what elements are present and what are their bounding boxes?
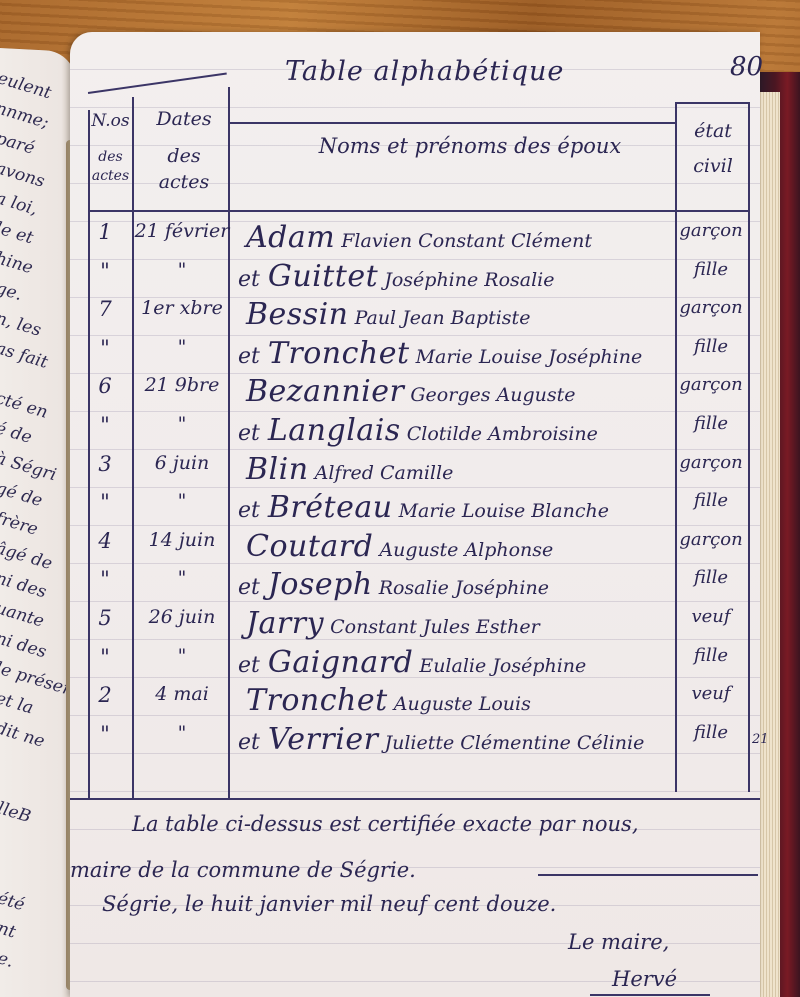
entry-date: 6 juin bbox=[132, 452, 232, 474]
header-num-line2: des actes bbox=[88, 148, 133, 187]
table-row: ""etBréteau Marie Louise Blanchefille bbox=[70, 490, 760, 527]
header-status-line1: état bbox=[678, 118, 748, 145]
entry-civil-status: fille bbox=[676, 413, 746, 434]
table-row: 24 maiTronchet Auguste Louisveuf bbox=[70, 683, 760, 720]
left-text-line: n, les bbox=[0, 308, 43, 341]
entry-date: 21 9bre bbox=[132, 374, 232, 396]
entry-name: etGuittet Joséphine Rosalie bbox=[238, 259, 678, 294]
entry-date: " bbox=[132, 259, 232, 281]
table-row: 526 juinJarry Constant Jules Estherveuf bbox=[70, 606, 760, 643]
left-text-line: e. bbox=[0, 948, 15, 972]
entry-number: 2 bbox=[90, 683, 120, 707]
entry-name: Bessin Paul Jean Baptiste bbox=[238, 297, 678, 332]
table-row: ""etVerrier Juliette Clémentine Célinief… bbox=[70, 722, 760, 759]
entry-given-names: Auguste Alphonse bbox=[379, 539, 553, 561]
entry-surname: Tronchet bbox=[268, 336, 410, 371]
entry-given-names: Marie Louise Blanche bbox=[399, 500, 609, 522]
entry-prefix: et bbox=[238, 575, 260, 600]
entry-given-names: Joséphine Rosalie bbox=[384, 269, 554, 291]
header-names: Noms et prénoms des époux bbox=[240, 132, 700, 161]
left-text-line: été bbox=[0, 888, 27, 915]
entry-given-names: Juliette Clémentine Célinie bbox=[384, 732, 644, 754]
entry-prefix: et bbox=[238, 267, 260, 292]
entry-prefix: et bbox=[238, 421, 260, 446]
entry-surname: Joseph bbox=[268, 567, 373, 602]
entry-given-names: Flavien Constant Clément bbox=[341, 230, 592, 252]
entry-surname: Gaignard bbox=[268, 645, 413, 680]
table-row: ""etLanglais Clotilde Ambroisinefille bbox=[70, 413, 760, 450]
entry-surname: Jarry bbox=[246, 606, 324, 641]
entry-given-names: Georges Auguste bbox=[410, 384, 575, 406]
entry-civil-status: fille bbox=[676, 567, 746, 588]
table-bottom-rule bbox=[70, 798, 760, 800]
entry-civil-status: veuf bbox=[676, 606, 746, 627]
left-text-line: à Ségri bbox=[0, 448, 58, 485]
left-text-line: ni des bbox=[0, 568, 48, 602]
entry-date: " bbox=[132, 336, 232, 358]
entry-civil-status: garçon bbox=[676, 529, 746, 550]
left-text-line: é de bbox=[0, 418, 34, 448]
entry-surname: Langlais bbox=[268, 413, 401, 448]
entry-given-names: Auguste Louis bbox=[394, 693, 531, 715]
left-text-line: gé de bbox=[0, 478, 44, 511]
table-row: ""etGuittet Joséphine Rosaliefille bbox=[70, 259, 760, 296]
table-row: 414 juinCoutard Auguste Alphonsegarçon bbox=[70, 529, 760, 566]
margin-note: 21 bbox=[752, 732, 769, 747]
entry-date: " bbox=[132, 722, 232, 744]
entry-surname: Guittet bbox=[268, 259, 378, 294]
left-text-line: et la bbox=[0, 688, 35, 718]
left-text-line: ni des bbox=[0, 628, 48, 662]
left-text-line: eulent bbox=[0, 68, 53, 103]
entry-date: 14 juin bbox=[132, 529, 232, 551]
left-text-line: âgé de bbox=[0, 538, 54, 574]
entry-name: etLanglais Clotilde Ambroisine bbox=[238, 413, 678, 448]
entry-civil-status: garçon bbox=[676, 297, 746, 318]
entry-date: " bbox=[132, 645, 232, 667]
entry-civil-status: fille bbox=[676, 722, 746, 743]
entry-number: " bbox=[90, 336, 120, 360]
left-text-line: as fait bbox=[0, 338, 50, 373]
entry-civil-status: garçon bbox=[676, 374, 746, 395]
entry-surname: Verrier bbox=[268, 722, 379, 757]
entry-number: 7 bbox=[90, 297, 120, 321]
header-date-line2: des actes bbox=[140, 143, 228, 196]
entry-name: Tronchet Auguste Louis bbox=[238, 683, 678, 718]
entry-civil-status: veuf bbox=[676, 683, 746, 704]
left-text-line: hine bbox=[0, 248, 35, 278]
left-text-line: le et bbox=[0, 218, 35, 248]
page-number: 80 bbox=[730, 52, 763, 82]
entry-surname: Blin bbox=[246, 452, 309, 487]
table-row: 71er xbreBessin Paul Jean Baptistegarçon bbox=[70, 297, 760, 334]
certification-line-3: Ségrie, le huit janvier mil neuf cent do… bbox=[102, 892, 556, 916]
entry-civil-status: fille bbox=[676, 259, 746, 280]
entry-date: 4 mai bbox=[132, 683, 232, 705]
entry-civil-status: garçon bbox=[676, 220, 746, 241]
table-row: 621 9breBezannier Georges Augustegarçon bbox=[70, 374, 760, 411]
table-row: 36 juinBlin Alfred Camillegarçon bbox=[70, 452, 760, 489]
register-page: Table alphabétique 80 N.os des actes Dat… bbox=[70, 32, 760, 997]
entry-given-names: Rosalie Joséphine bbox=[379, 577, 549, 599]
entry-date: 21 février bbox=[132, 220, 232, 242]
entry-number: " bbox=[90, 259, 120, 283]
left-text-line: nnme; bbox=[0, 98, 51, 133]
entry-prefix: et bbox=[238, 730, 260, 755]
entry-surname: Bessin bbox=[246, 297, 349, 332]
entry-name: etGaignard Eulalie Joséphine bbox=[238, 645, 678, 680]
entry-given-names: Clotilde Ambroisine bbox=[407, 423, 598, 445]
entry-surname: Adam bbox=[246, 220, 335, 255]
header-bottom-rule bbox=[88, 210, 748, 212]
left-text-line: ge. bbox=[0, 278, 24, 305]
table-row: 121 févrierAdam Flavien Constant Clément… bbox=[70, 220, 760, 257]
entry-date: " bbox=[132, 413, 232, 435]
header-num: N.os des actes bbox=[88, 110, 133, 187]
entry-name: etBréteau Marie Louise Blanche bbox=[238, 490, 678, 525]
left-text-line: uante bbox=[0, 598, 46, 631]
left-text-line: cté en bbox=[0, 388, 50, 423]
entry-surname: Bréteau bbox=[268, 490, 393, 525]
left-text-line: avons bbox=[0, 158, 47, 192]
left-page-fragment: eulent nnme; paré avons a loi, le et hin… bbox=[0, 48, 76, 997]
entry-surname: Tronchet bbox=[246, 683, 388, 718]
entry-date: " bbox=[132, 567, 232, 589]
entry-name: Adam Flavien Constant Clément bbox=[238, 220, 678, 255]
entry-civil-status: garçon bbox=[676, 452, 746, 473]
entry-date: 26 juin bbox=[132, 606, 232, 628]
entry-number: " bbox=[90, 567, 120, 591]
table-row: ""etTronchet Marie Louise Joséphinefille bbox=[70, 336, 760, 373]
entry-number: 3 bbox=[90, 452, 120, 476]
signature-flourish bbox=[590, 994, 710, 996]
header-date-line1: Dates bbox=[140, 106, 228, 133]
certification-line-1: La table ci-dessus est certifiée exacte … bbox=[132, 812, 639, 836]
entry-given-names: Eulalie Joséphine bbox=[419, 655, 586, 677]
entry-name: Coutard Auguste Alphonse bbox=[238, 529, 678, 564]
entry-number: 5 bbox=[90, 606, 120, 630]
entry-prefix: et bbox=[238, 344, 260, 369]
entry-given-names: Constant Jules Esther bbox=[330, 616, 540, 638]
certification-rule bbox=[538, 874, 758, 876]
left-text-line: paré bbox=[0, 128, 36, 159]
entry-number: 6 bbox=[90, 374, 120, 398]
table-row: ""etJoseph Rosalie Joséphinefille bbox=[70, 567, 760, 604]
entry-date: " bbox=[132, 490, 232, 512]
entry-given-names: Alfred Camille bbox=[315, 462, 454, 484]
header-num-line1: N.os bbox=[88, 110, 133, 134]
entry-surname: Bezannier bbox=[246, 374, 404, 409]
entry-number: " bbox=[90, 645, 120, 669]
left-text-line: nt bbox=[0, 918, 18, 942]
mayor-title: Le maire, bbox=[568, 930, 669, 954]
entry-surname: Coutard bbox=[246, 529, 373, 564]
entry-name: etVerrier Juliette Clémentine Célinie bbox=[238, 722, 678, 757]
left-text-line: dit ne bbox=[0, 718, 47, 752]
entry-name: Blin Alfred Camille bbox=[238, 452, 678, 487]
entry-number: 1 bbox=[90, 220, 120, 244]
entry-given-names: Marie Louise Joséphine bbox=[416, 346, 643, 368]
header-status: état civil bbox=[678, 118, 748, 179]
page-title: Table alphabétique bbox=[285, 56, 564, 87]
left-text-line: a loi, bbox=[0, 188, 39, 219]
certification-line-2: maire de la commune de Ségrie. bbox=[70, 858, 416, 882]
entry-given-names: Paul Jean Baptiste bbox=[355, 307, 531, 329]
left-text-line: frère bbox=[0, 508, 40, 540]
entry-prefix: et bbox=[238, 653, 260, 678]
entry-civil-status: fille bbox=[676, 645, 746, 666]
entry-name: etJoseph Rosalie Joséphine bbox=[238, 567, 678, 602]
entry-prefix: et bbox=[238, 498, 260, 523]
entry-civil-status: fille bbox=[676, 490, 746, 511]
entry-number: " bbox=[90, 722, 120, 746]
entry-number: " bbox=[90, 490, 120, 514]
header-rule bbox=[228, 122, 675, 124]
header-status-line2: civil bbox=[678, 153, 748, 180]
entry-number: " bbox=[90, 413, 120, 437]
header-rule bbox=[675, 102, 748, 104]
entry-date: 1er xbre bbox=[132, 297, 232, 319]
entry-name: Jarry Constant Jules Esther bbox=[238, 606, 678, 641]
table-row: ""etGaignard Eulalie Joséphinefille bbox=[70, 645, 760, 682]
left-text-line: lleB bbox=[0, 798, 33, 827]
header-date: Dates des actes bbox=[140, 106, 228, 196]
entry-civil-status: fille bbox=[676, 336, 746, 357]
entry-name: etTronchet Marie Louise Joséphine bbox=[238, 336, 678, 371]
mayor-signature: Hervé bbox=[612, 967, 677, 991]
entry-number: 4 bbox=[90, 529, 120, 553]
entry-name: Bezannier Georges Auguste bbox=[238, 374, 678, 409]
